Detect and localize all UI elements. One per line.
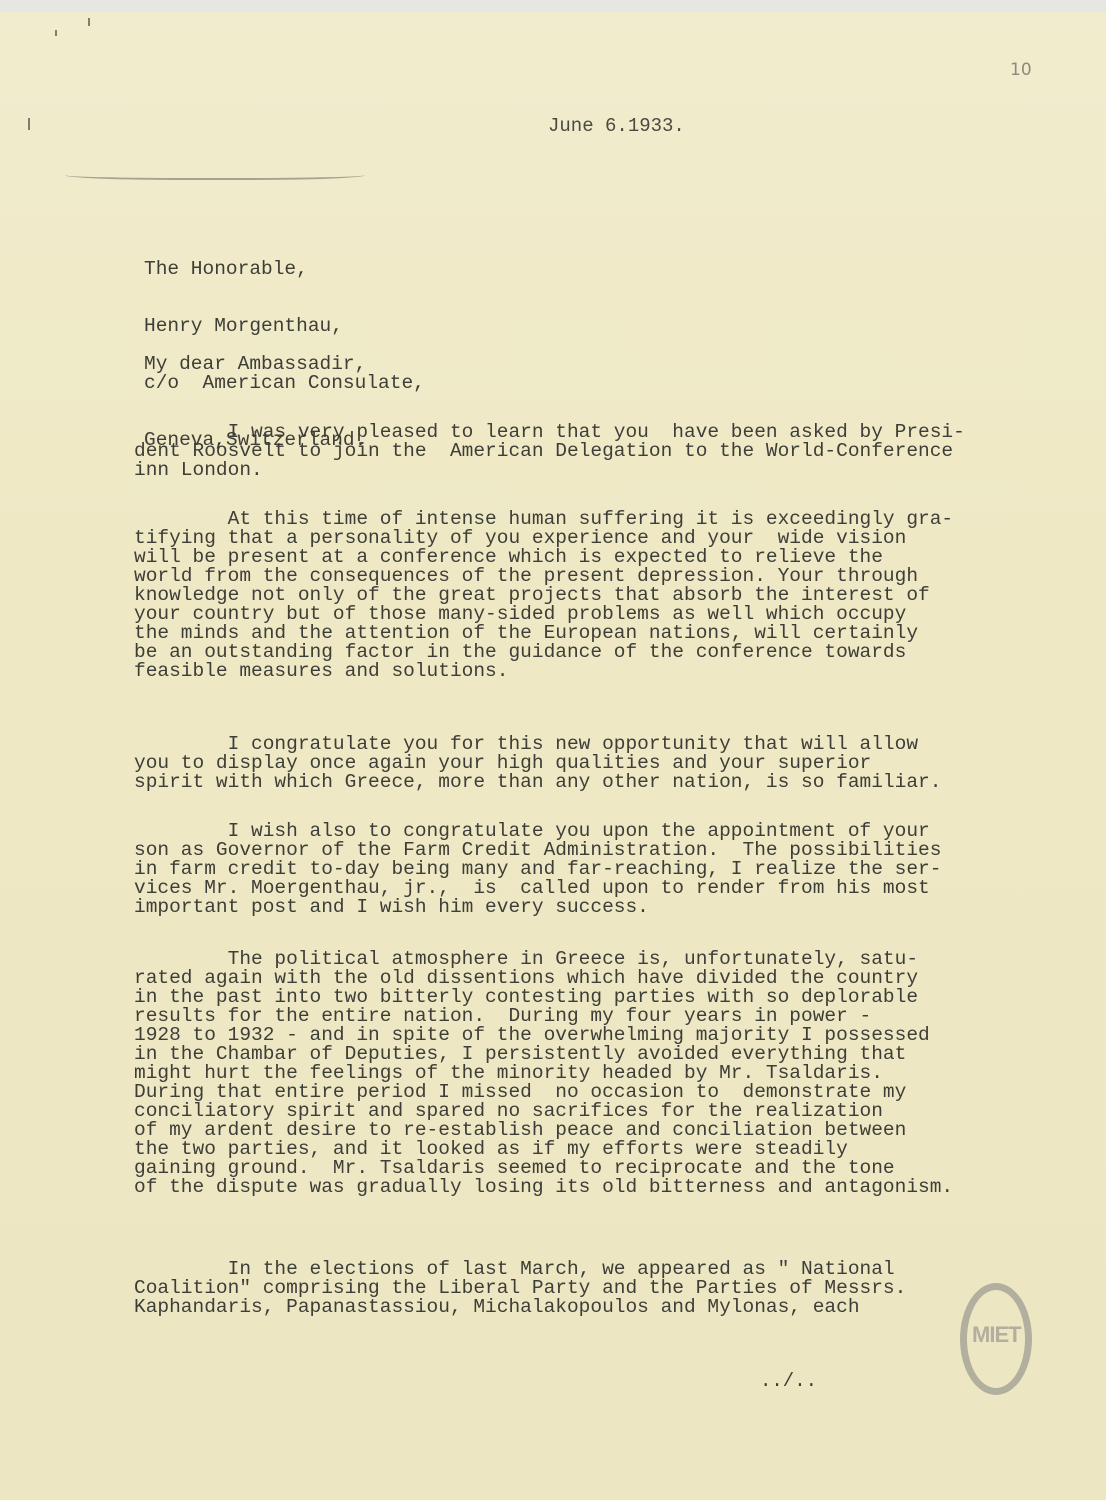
paragraph: The political atmosphere in Greece is, u… <box>134 950 953 1197</box>
pencil-stroke <box>65 168 365 180</box>
paragraph: At this time of intense human suffering … <box>134 510 953 681</box>
salutation: My dear Ambassadir, <box>144 355 366 374</box>
address-line: The Honorable, <box>144 260 425 279</box>
address-line: Henry Morgenthau, <box>144 317 425 336</box>
pencil-mark <box>88 18 90 26</box>
letter-date: June 6.1933. <box>548 115 685 137</box>
paragraph: I was very pleased to learn that you hav… <box>134 423 965 480</box>
paragraph: In the elections of last March, we appea… <box>134 1260 906 1317</box>
continuation-mark: ../.. <box>760 1370 817 1392</box>
pencil-mark <box>28 118 30 130</box>
paragraph: I wish also to congratulate you upon the… <box>134 822 941 917</box>
address-line: c/o American Consulate, <box>144 374 425 393</box>
paragraph: I congratulate you for this new opportun… <box>134 735 941 792</box>
folio-number: 10 <box>1010 60 1032 80</box>
archive-stamp-label: MIET <box>972 1322 1021 1348</box>
pencil-mark <box>55 30 57 36</box>
